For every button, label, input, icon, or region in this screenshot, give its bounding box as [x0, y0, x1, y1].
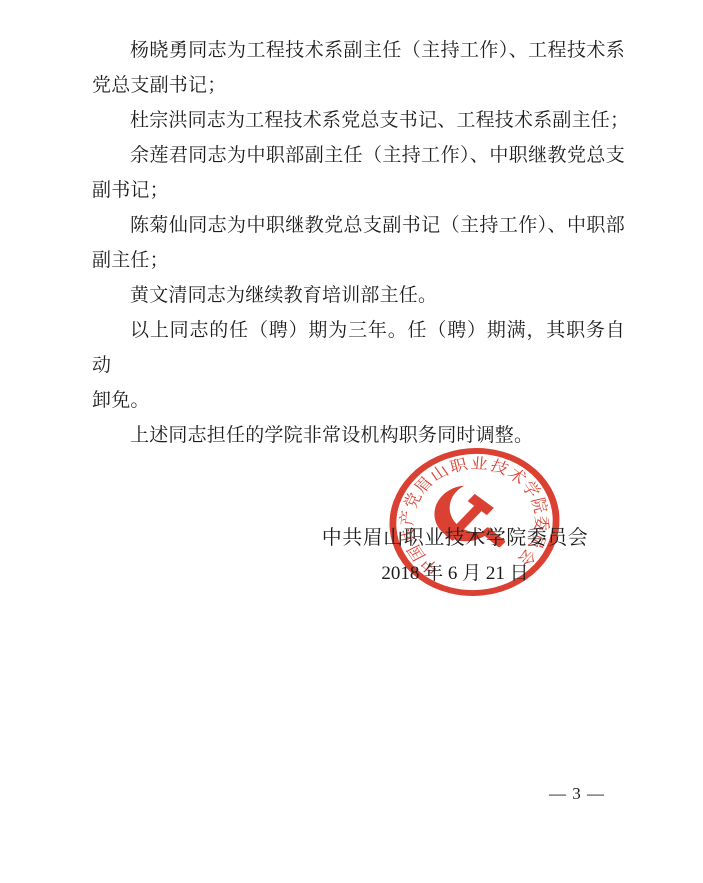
body-line: 杨晓勇同志为工程技术系副主任（主持工作）、工程技术系 — [92, 33, 625, 68]
body-line: 党总支副书记； — [92, 68, 625, 103]
body-line: 杜宗洪同志为工程技术系党总支书记、工程技术系副主任； — [92, 103, 625, 138]
body-line: 以上同志的任（聘）期为三年。任（聘）期满，其职务自动 — [92, 313, 625, 383]
page-number: — 3 — — [549, 784, 605, 804]
body-line: 余莲君同志为中职部副主任（主持工作）、中职继教党总支 — [92, 138, 625, 173]
body-line: 上述同志担任的学院非常设机构职务同时调整。 — [92, 418, 625, 453]
document-page: 杨晓勇同志为工程技术系副主任（主持工作）、工程技术系党总支副书记；杜宗洪同志为工… — [0, 0, 703, 883]
body-line: 陈菊仙同志为中职继教党总支副书记（主持工作）、中职部 — [92, 208, 625, 243]
body-line: 副主任； — [92, 243, 625, 278]
body-line: 副书记； — [92, 173, 625, 208]
document-body: 杨晓勇同志为工程技术系副主任（主持工作）、工程技术系党总支副书记；杜宗洪同志为工… — [92, 33, 625, 453]
body-line: 卸免。 — [92, 383, 625, 418]
signature-line: 中共眉山职业技术学院委员会 — [285, 521, 625, 556]
signature-block: 中共眉山职业技术学院委员会 2018 年 6 月 21 日 — [285, 521, 625, 591]
date-line: 2018 年 6 月 21 日 — [285, 556, 625, 591]
body-line: 黄文清同志为继续教育培训部主任。 — [92, 278, 625, 313]
